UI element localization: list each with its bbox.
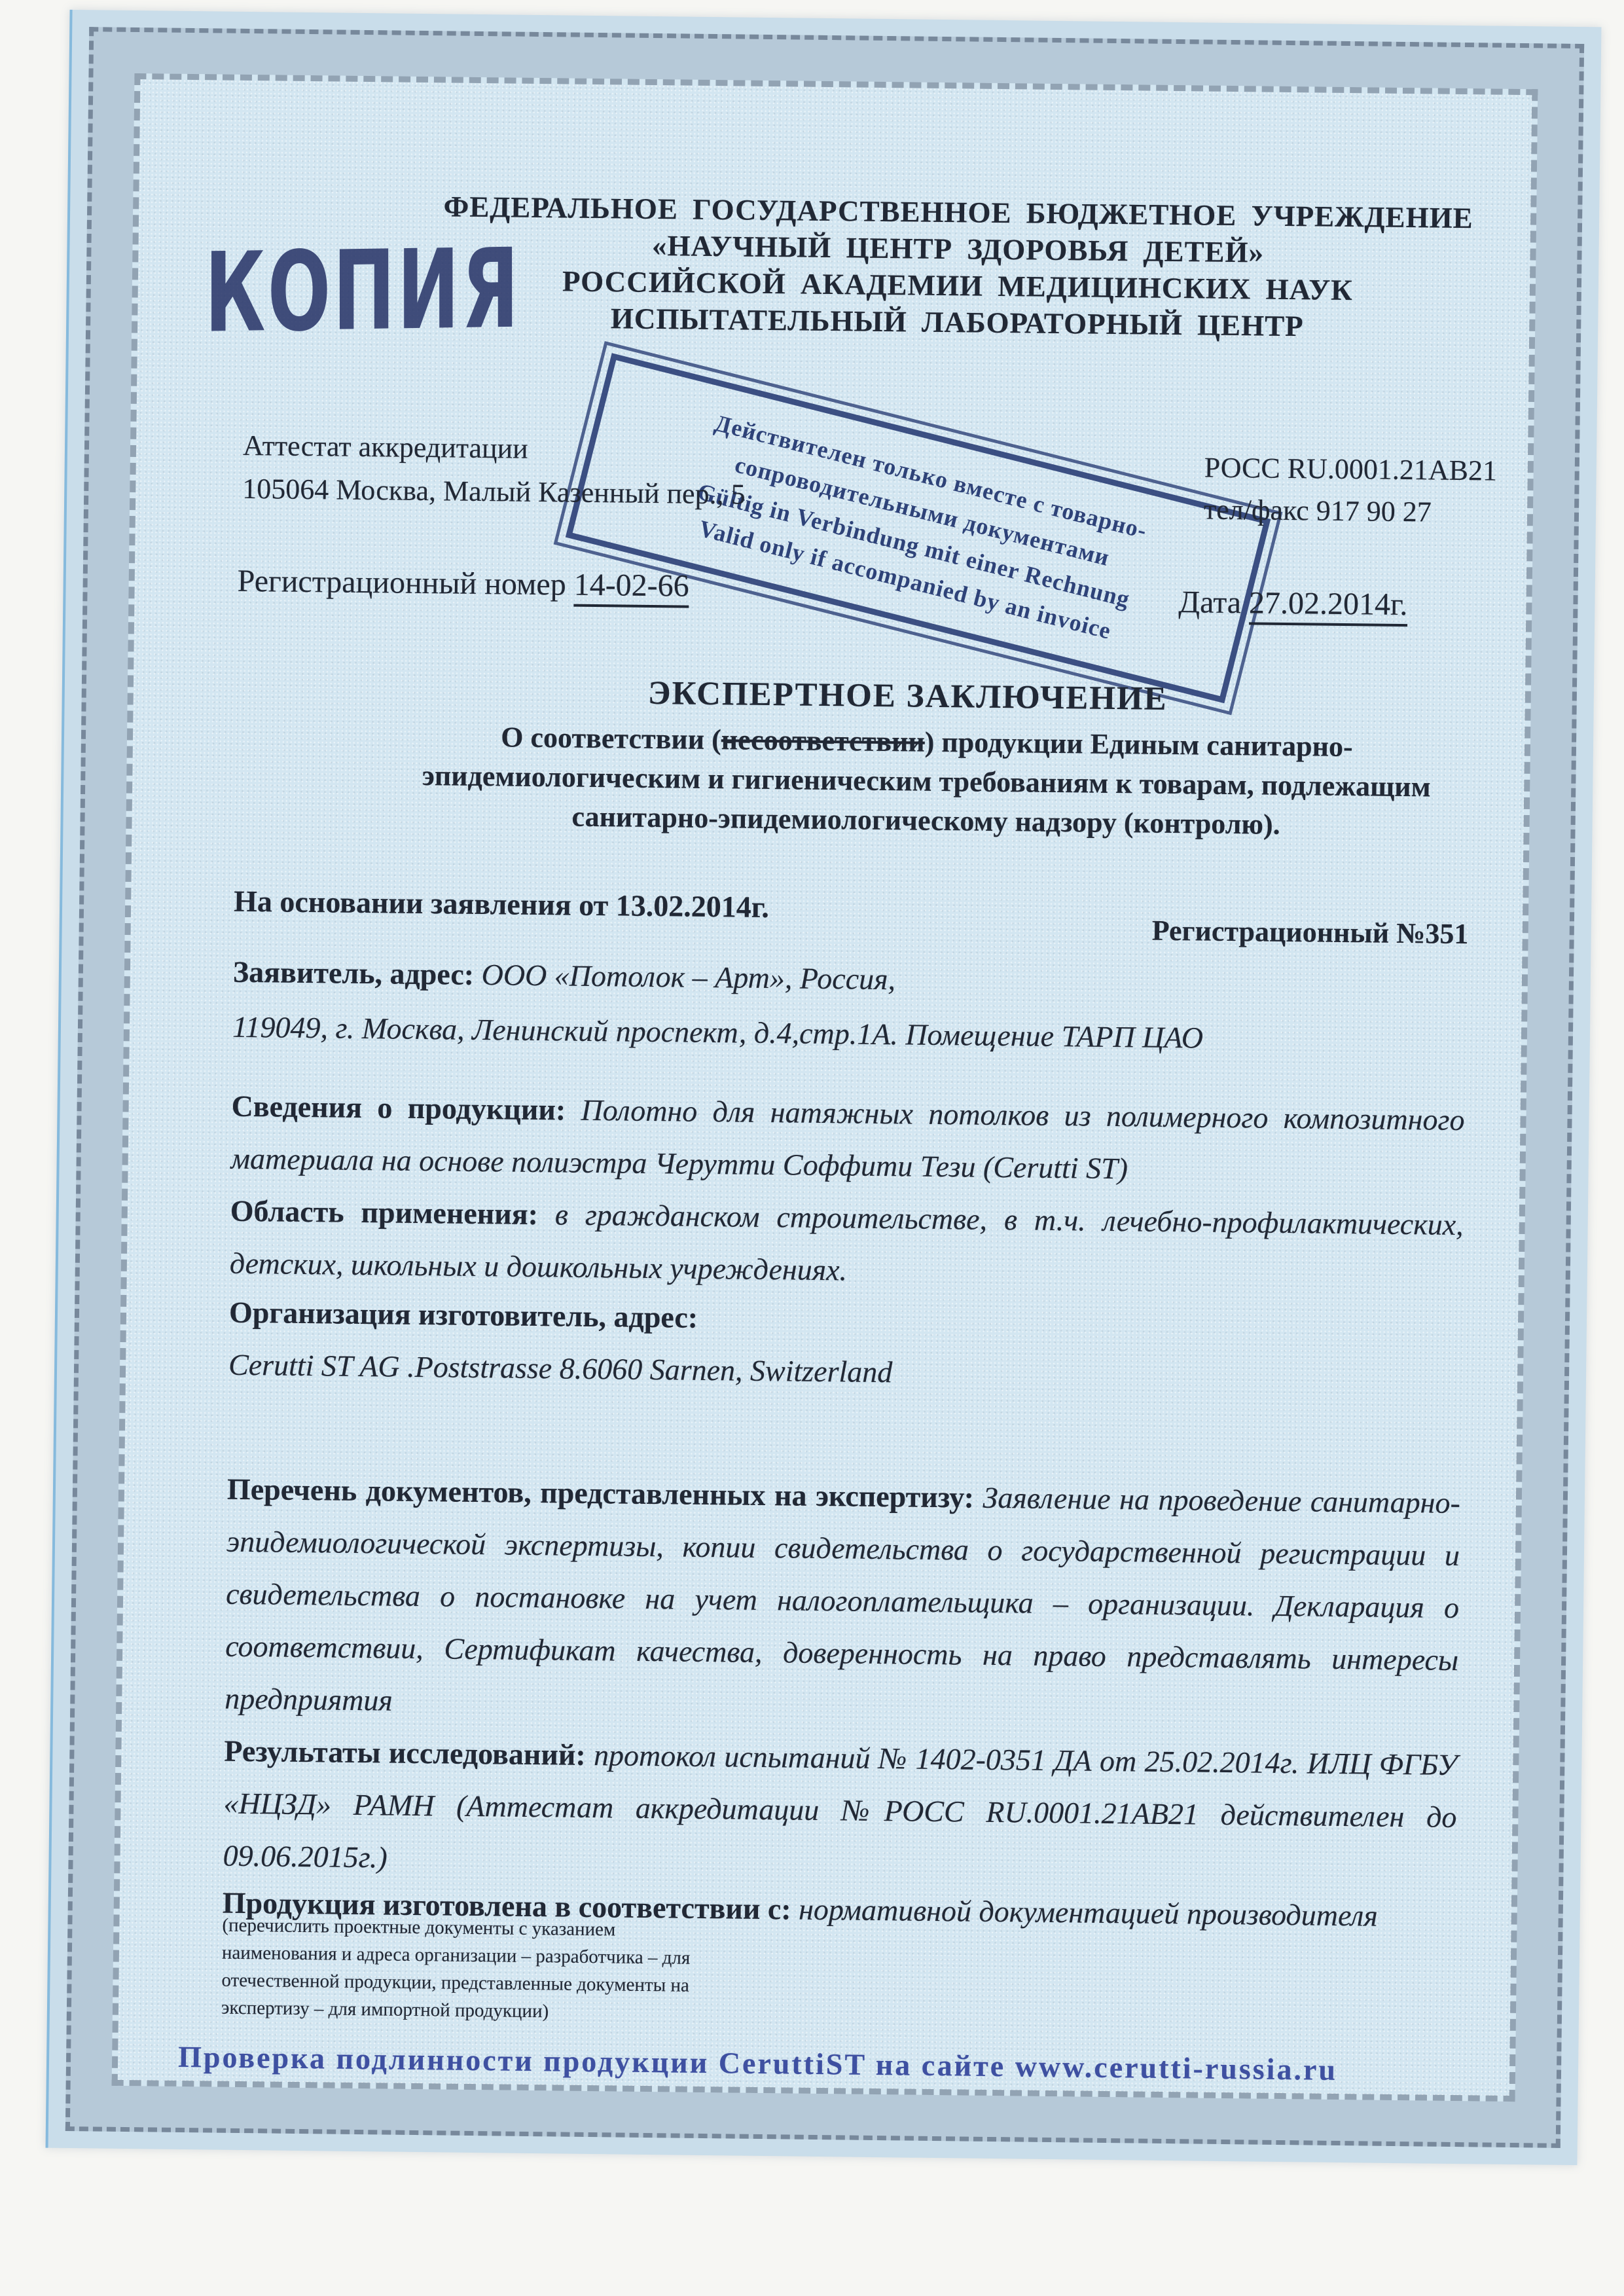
subtitle-strikethrough: несоответствии: [721, 723, 926, 758]
documents-label: Перечень документов, представленных на э…: [227, 1472, 975, 1514]
registration-number-label: Регистрационный номер: [237, 564, 566, 602]
validity-stamp-line3: Gültig in Verbindung mit einer Rechnung: [694, 474, 1134, 617]
accreditation-block-right: РОСС RU.0001.21АВ21 тел/факс 917 90 27: [1204, 447, 1498, 534]
subtitle-prefix: О соответствии (: [501, 721, 721, 756]
accreditation-number: РОСС RU.0001.21АВ21: [1204, 447, 1497, 492]
documents-value: Заявление на проведение санитарно-эпидем…: [225, 1481, 1460, 1717]
compliance-note: (перечислить проектные документы с указа…: [221, 1912, 694, 2027]
application-section: Область применения: в гражданском строит…: [229, 1185, 1464, 1303]
registration-number-value: 14-02-66: [573, 568, 689, 608]
accreditation-phone: тел/факс 917 90 27: [1204, 489, 1497, 534]
accreditation-label: Аттестат аккредитации: [243, 424, 746, 473]
copy-stamp: КОПИЯ: [205, 234, 521, 349]
basis-statement: На основании заявления от 13.02.2014г.: [234, 884, 769, 924]
validity-stamp-line2: сопроводительными документами: [731, 446, 1113, 575]
accreditation-address: 105064 Москва, Малый Казенный пер., 5: [242, 467, 746, 517]
basis-registration-no: Регистрационный №351: [1151, 914, 1468, 951]
results-section: Результаты исследований: протокол испыта…: [223, 1725, 1458, 1896]
registration-number-line: Регистрационный номер 14-02-66: [237, 563, 689, 604]
application-label: Область применения:: [230, 1194, 539, 1231]
results-label: Результаты исследований:: [224, 1734, 586, 1772]
product-label: Сведения о продукции:: [231, 1089, 566, 1127]
product-section: Сведения о продукции: Полотно для натяжн…: [230, 1080, 1465, 1199]
document-subtitle: О соответствии (несоответствии) продукци…: [161, 714, 1624, 849]
date-line: Дата 27.02.2014г.: [1178, 584, 1408, 623]
compliance-value: нормативной документацией производителя: [799, 1893, 1378, 1933]
date-value: 27.02.2014г.: [1249, 585, 1408, 627]
scanned-page: ФЕДЕРАЛЬНОЕ ГОСУДАРСТВЕННОЕ БЮДЖЕТНОЕ УЧ…: [0, 0, 1624, 2296]
accreditation-block-left: Аттестат аккредитации 105064 Москва, Мал…: [242, 424, 746, 517]
date-label: Дата: [1178, 585, 1241, 620]
certificate-document: ФЕДЕРАЛЬНОЕ ГОСУДАРСТВЕННОЕ БЮДЖЕТНОЕ УЧ…: [46, 10, 1602, 2165]
documents-section: Перечень документов, представленных на э…: [225, 1463, 1460, 1739]
applicant-label: Заявитель, адрес:: [233, 955, 475, 991]
applicant-value: ООО «Потолок – Арт», Россия,: [481, 958, 895, 996]
subtitle-suffix: ) продукции Единым санитарно-: [925, 726, 1353, 763]
